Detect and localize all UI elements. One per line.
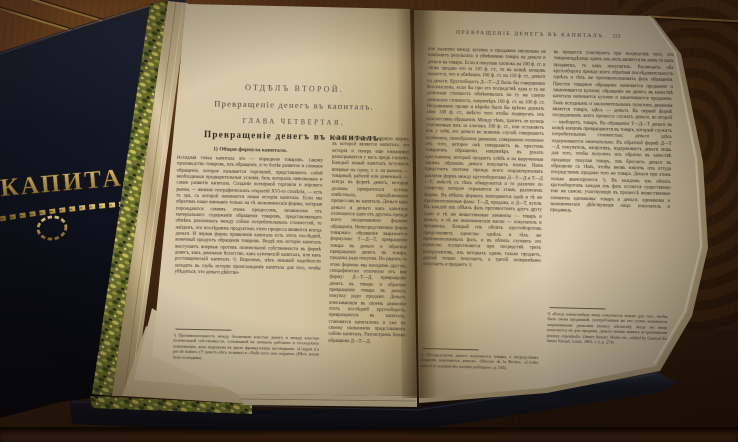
- left-page-column-2: тельно составляютъ первую форму, въ кото…: [327, 136, 409, 390]
- running-header: ПРЕВРАЩЕНІЕ ДЕНЕГЪ ВЪ КАПИТАЛЪ.: [436, 29, 626, 40]
- body-text: ное различіе между куплею и продажею нис…: [421, 47, 546, 346]
- footnote: ¹) «Посредствомъ денегъ покупаются товар…: [420, 352, 538, 371]
- footnote-separator: [175, 329, 231, 331]
- photo-open-book-scene: КАПИТАЛ ОТДѢЛЪ ВТОРО: [0, 0, 738, 442]
- page-number: 123: [612, 34, 620, 40]
- footnote: ²) «Когда какая-нибудь вещь покупается т…: [547, 311, 668, 347]
- chapter-opening-headings: ОТДѢЛЪ ВТОРОЙ. Превращеніе денегъ въ кап…: [177, 82, 410, 144]
- body-text: тельно составляютъ первую форму, въ кото…: [327, 136, 409, 390]
- section-heading: ОТДѢЛЪ ВТОРОЙ.: [178, 82, 410, 96]
- right-page-column-2: въ процессѣ участвуютъ при посредствѣ то…: [546, 50, 674, 374]
- right-page-column-1: ное различіе между куплею и продажею нис…: [420, 47, 546, 371]
- paragraph-heading: 1) Общая формула капитала.: [177, 146, 323, 155]
- chapter-heading: ГЛАВА ЧЕТВЕРТАЯ.: [178, 117, 410, 129]
- footnote-separator: [550, 307, 606, 309]
- left-page-column-1: 1) Общая формула капитала. Исходная точк…: [172, 146, 323, 388]
- left-page-content: ОТДѢЛЪ ВТОРОЙ. Превращеніе денегъ въ кап…: [172, 10, 412, 403]
- right-page-content: ПРЕВРАЩЕНІЕ ДЕНЕГЪ ВЪ КАПИТАЛЪ. 123 ное …: [419, 21, 674, 399]
- section-subtitle: Превращеніе денегъ въ капиталъ.: [178, 98, 410, 113]
- footnote-separator: [423, 348, 479, 350]
- body-text: въ процессѣ участвуютъ при посредствѣ то…: [548, 50, 674, 305]
- footnote: ¹) Противоположность между безличною вла…: [173, 333, 320, 363]
- body-text: Исходная точка капитала это — обращеніе …: [174, 156, 323, 327]
